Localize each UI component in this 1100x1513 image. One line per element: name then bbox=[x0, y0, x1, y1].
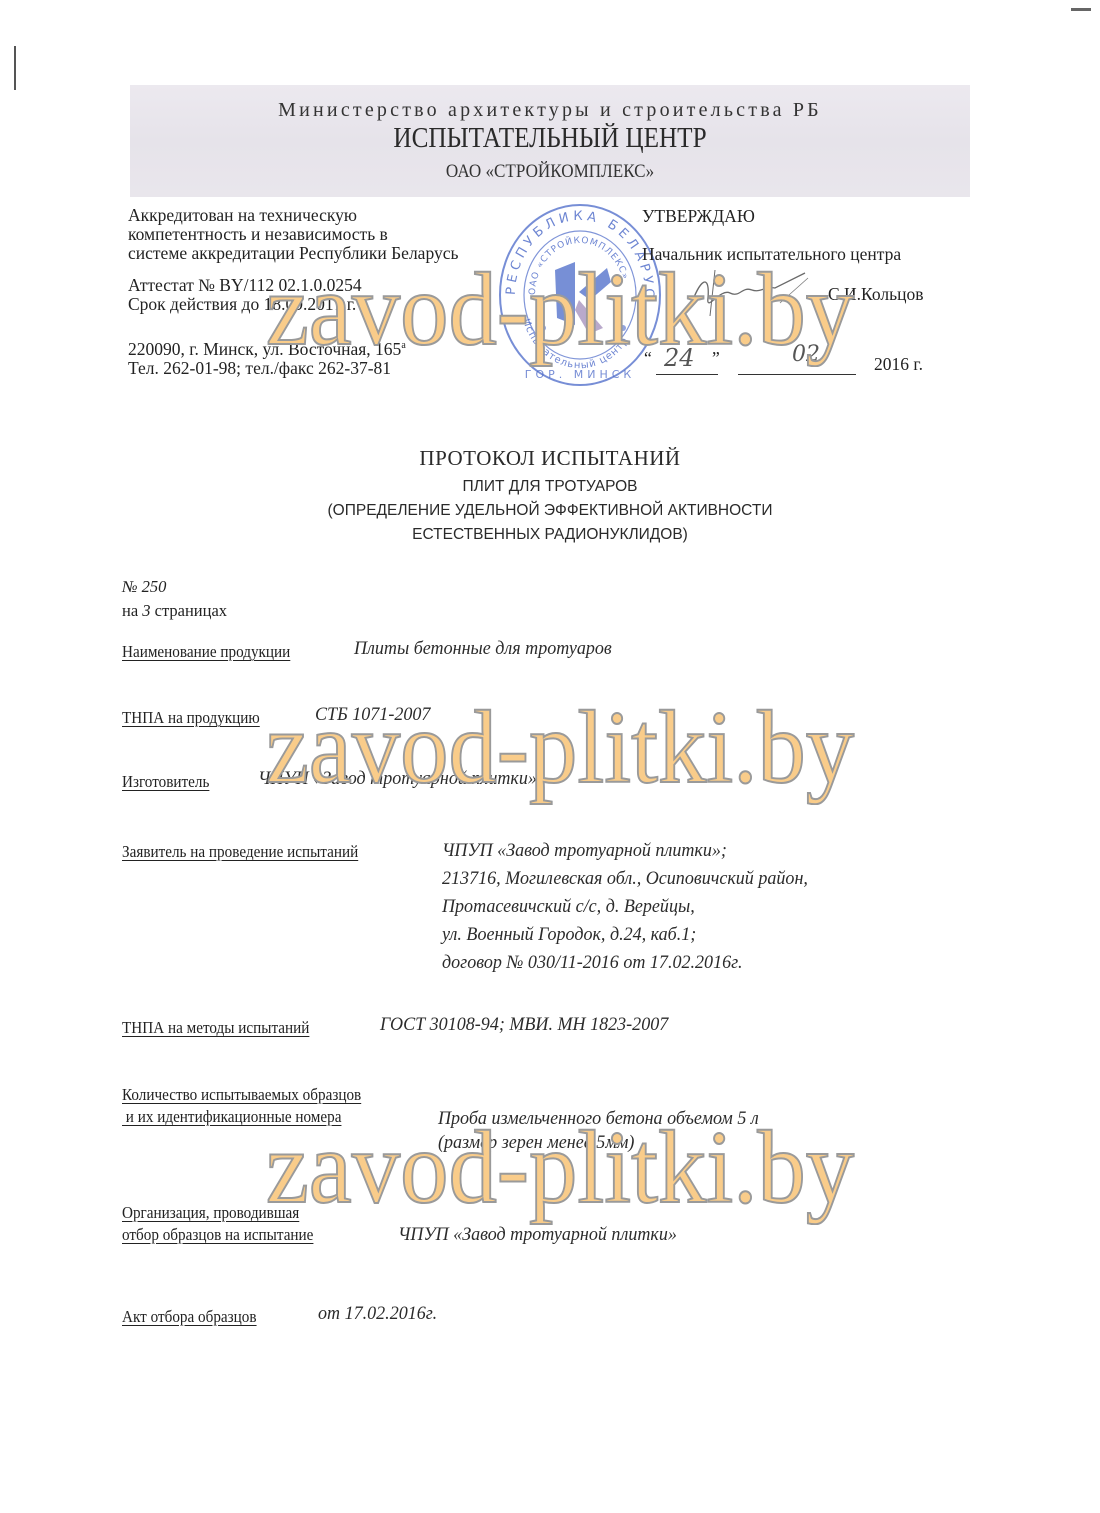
field-value: ЧПУП «Завод тротуарной плитки»; 213716, … bbox=[442, 837, 808, 977]
field-label: Заявитель на проведение испытаний bbox=[122, 842, 358, 862]
field-applicant: Заявитель на проведение испытаний ЧПУП «… bbox=[122, 842, 379, 862]
field-product-name: Наименование продукции Плиты бетонные дл… bbox=[122, 642, 305, 662]
stamp-icon: РЕСПУБЛИКА БЕЛАРУСЬ ОАО «СТРОЙКОМПЛЕКС» … bbox=[495, 200, 665, 390]
address: 220090, г. Минск, ул. Восточная, 165а bbox=[128, 336, 458, 359]
protocol-heading: ПРОТОКОЛ ИСПЫТАНИЙ ПЛИТ ДЛЯ ТРОТУАРОВ (О… bbox=[0, 446, 1100, 547]
field-value: ЧПУП «Завод тротуарной плитки» bbox=[258, 768, 537, 790]
ministry-name: Министерство архитектуры и строительства… bbox=[130, 99, 970, 122]
field-value: ГОСТ 30108-94; МВИ. МН 1823-2007 bbox=[380, 1014, 668, 1036]
accreditation-line: компетентность и независимость в bbox=[128, 225, 458, 244]
protocol-number: № 250 bbox=[122, 575, 227, 599]
protocol-subtitle: ПЛИТ ДЛЯ ТРОТУАРОВ bbox=[0, 475, 1100, 499]
accreditation-block: Аккредитован на техническую компетентнос… bbox=[128, 206, 458, 378]
field-label: Акт отбора образцов bbox=[122, 1307, 257, 1327]
field-sampling-act: Акт отбора образцов от 17.02.2016г. bbox=[122, 1307, 268, 1327]
official-stamp: РЕСПУБЛИКА БЕЛАРУСЬ ОАО «СТРОЙКОМПЛЕКС» … bbox=[495, 200, 665, 390]
field-manufacturer: Изготовитель ЧПУП «Завод тротуарной плит… bbox=[122, 772, 217, 792]
scan-artifact-right bbox=[1071, 8, 1091, 11]
letterhead: Министерство архитектуры и строительства… bbox=[130, 85, 970, 197]
protocol-title: ПРОТОКОЛ ИСПЫТАНИЙ bbox=[0, 446, 1100, 471]
field-label: Организация, проводившая bbox=[122, 1203, 299, 1223]
field-product-standard: ТНПА на продукцию СТБ 1071-2007 bbox=[122, 708, 272, 728]
approval-title: УТВЕРЖДАЮ bbox=[642, 206, 755, 227]
svg-text:РЕСПУБЛИКА БЕЛАРУСЬ: РЕСПУБЛИКА БЕЛАРУСЬ bbox=[495, 200, 656, 301]
field-label: и их идентификационные номера bbox=[122, 1107, 341, 1127]
field-value: Проба измельченного бетона объемом 5 л (… bbox=[438, 1107, 759, 1155]
svg-text:ГОР. МИНСК: ГОР. МИНСК bbox=[525, 368, 635, 381]
handwritten-day: 24 bbox=[664, 344, 695, 372]
field-label: отбор образцов на испытание bbox=[122, 1225, 313, 1245]
field-sampling-org: Организация, проводившая отбор образцов … bbox=[122, 1203, 330, 1245]
svg-text:ОАО «СТРОЙКОМПЛЕКС»: ОАО «СТРОЙКОМПЛЕКС» bbox=[528, 235, 630, 296]
field-label: ТНПА на методы испытаний bbox=[122, 1018, 309, 1038]
certificate-validity: Срок действия до 18.09.2017 г. bbox=[128, 295, 458, 314]
field-value: от 17.02.2016г. bbox=[318, 1303, 437, 1325]
approval-year: 2016 г. bbox=[874, 354, 923, 375]
approver-role: Начальник испытательного центра bbox=[642, 244, 901, 265]
field-samples: Количество испытываемых образцов и их ид… bbox=[122, 1085, 382, 1127]
page-count: на 3 страницах bbox=[122, 599, 227, 623]
field-label: Наименование продукции bbox=[122, 642, 290, 662]
field-label: ТНПА на продукцию bbox=[122, 708, 260, 728]
center-title: ИСПЫТАТЕЛЬНЫЙ ЦЕНТР bbox=[172, 123, 928, 155]
phones: Тел. 262-01-98; тел./факс 262-37-81 bbox=[128, 359, 458, 378]
field-value: ЧПУП «Завод тротуарной плитки» bbox=[398, 1224, 677, 1246]
field-label: Изготовитель bbox=[122, 772, 209, 792]
svg-text:Испытательный центр: Испытательный центр bbox=[520, 317, 631, 371]
protocol-number-block: № 250 на 3 страницах bbox=[122, 575, 227, 623]
field-value: Плиты бетонные для тротуаров bbox=[354, 638, 612, 660]
protocol-subtitle: (ОПРЕДЕЛЕНИЕ УДЕЛЬНОЙ ЭФФЕКТИВНОЙ АКТИВН… bbox=[0, 499, 1100, 523]
accreditation-line: системе аккредитации Республики Беларусь bbox=[128, 244, 458, 263]
handwritten-month: 02 bbox=[792, 342, 820, 367]
signature-icon bbox=[680, 268, 810, 318]
certificate-number: Аттестат № BY/112 02.1.0.0254 bbox=[128, 276, 458, 295]
approver-name: С.И.Кольцов bbox=[828, 284, 923, 305]
field-test-methods: ТНПА на методы испытаний ГОСТ 30108-94; … bbox=[122, 1018, 326, 1038]
organization-name: ОАО «СТРОЙКОМПЛЕКС» bbox=[172, 161, 928, 183]
protocol-subtitle: ЕСТЕСТВЕННЫХ РАДИОНУКЛИДОВ) bbox=[0, 523, 1100, 547]
scan-artifact-left bbox=[14, 46, 16, 90]
accreditation-line: Аккредитован на техническую bbox=[128, 206, 458, 225]
field-label: Количество испытываемых образцов bbox=[122, 1085, 361, 1105]
field-value: СТБ 1071-2007 bbox=[315, 704, 430, 726]
